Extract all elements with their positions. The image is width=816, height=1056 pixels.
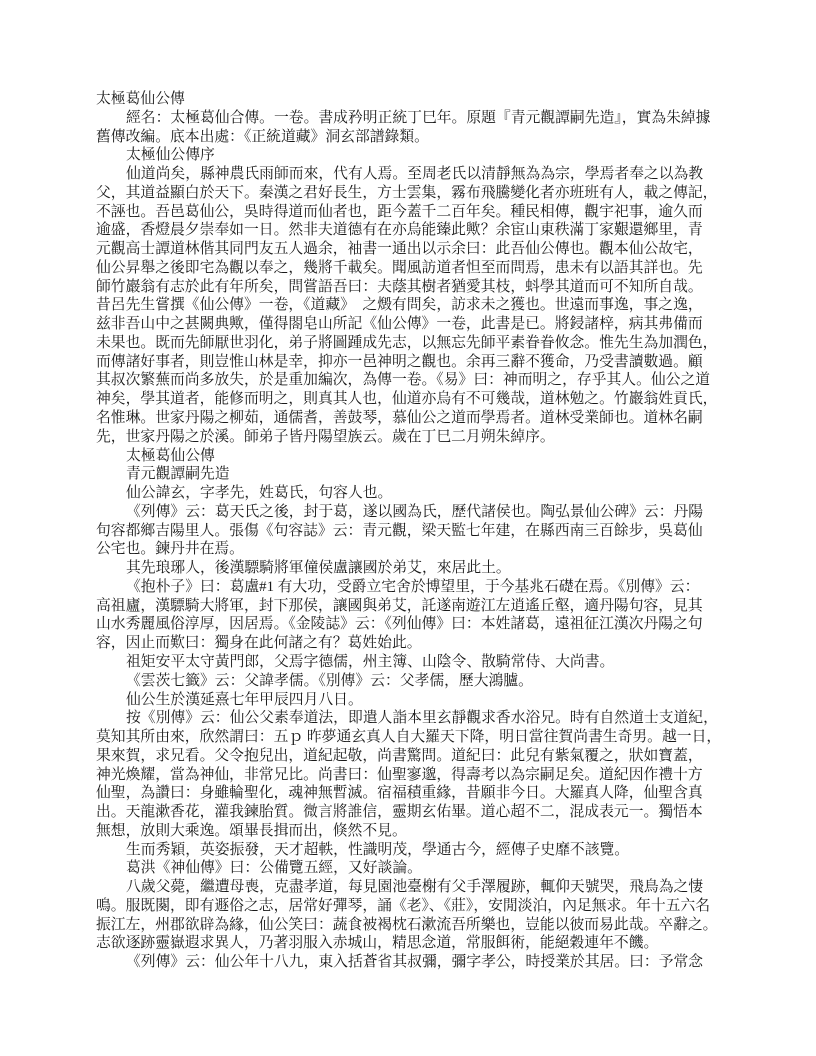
text-line: 公宅也。鍊丹井在焉。 <box>96 540 722 559</box>
text-line: 元觀高士譚道林偕其同門友五人過余，袖書一通出以示余曰：此吾仙公傳也。觀本仙公故宅… <box>96 240 722 259</box>
document-page: 太極葛仙公傳經名：太極葛仙合傳。一卷。書成矜明正統丁巳年。原題『青元觀譚嗣先造』… <box>0 0 816 1056</box>
text-line: 昔呂先生嘗撰《仙公傳》一卷，《道藏》 之燬有問矣，訪求未之獲也。世遠而事逸，事之… <box>96 296 722 315</box>
text-line: 舊傳改編。底本出處：《正統道藏》洞玄部譜錄類。 <box>96 128 722 147</box>
text-line: 《列傳》云：葛天氏之後，封于葛，遂以國為氏，歷代諸侯也。陶弘景仙公碑》云：丹陽 <box>96 503 722 522</box>
text-line: 師竹巖翁有志於此有年所矣，問嘗語吾曰：夫蔭其樹者猶愛其枝，蚪學其道而可不知所自哉… <box>96 278 722 297</box>
text-line: 仙公諱玄，字孝先，姓葛氏，句容人也。 <box>96 484 722 503</box>
text-line: 莫知其所由來，欣然謂曰：五ｐ 昨夢通玄真人自大羅天下降，明日當往賀尚書生奇男。越… <box>96 728 722 747</box>
text-line: 仙聖，為讚曰：身雖輪聖化，魂神無暫滅。宿福積重緣，昔願非今日。大羅真人降，仙聖含… <box>96 784 722 803</box>
text-line: 名惟琳。世家丹陽之柳茹，通儒耆，善鼓琴，慕仙公之道而學焉者。道林受業師也。道林名… <box>96 409 722 428</box>
text-line: 句容都鄉吉陽里人。張傷《句容誌》云：青元觀，梁天監七年建，在縣西南三百餘步，吳葛… <box>96 522 722 541</box>
text-line: 容，因止而歎曰：獨身在此何諸之有？葛姓始此。 <box>96 634 722 653</box>
text-line: 神光煥耀，當為神仙，非常兄比。尚書曰：仙聖寥邈，得壽考以為宗嗣足矣。道紀因作禮十… <box>96 766 722 785</box>
text-line: 不誣也。吾邑葛仙公，吳時得道而仙者也，距今蓋千二百年矣。種民相傳，觀宇祀事，逾久… <box>96 203 722 222</box>
text-line: 八歲父薨，繼遭母喪，克盡孝道，每見園池臺榭有父手澤履跡，輒仰天號哭，飛鳥為之悽 <box>96 878 722 897</box>
text-line: 神矣，學其道者，能修而明之，則真其人也，仙道亦烏有不可幾哉，道林勉之。竹巖翁姓貢… <box>96 390 722 409</box>
text-line: 志欲逐跡靈嶽遐求異人，乃著羽服入赤城山，精思念道，常服餌術，能絕穀連年不饑。 <box>96 934 722 953</box>
text-line: 《列傳》云：仙公年十八九，東入括蒼省其叔彌，彌字孝公，時授業於其居。曰：予常念 <box>96 953 722 972</box>
text-line: 鳴。服既闋，即有遯俗之志，居常好彈琴，誦《老》、《莊》，安閒淡泊，內足無求。年十… <box>96 897 722 916</box>
document-title: 太極葛仙公傳 <box>96 90 722 109</box>
text-line: 《抱朴子》曰：葛盧#1 有大功，受爵立宅舍於博望里，于今基兆石礎在焉。《別傳》云… <box>96 578 722 597</box>
text-line: 按《別傳》云：仙公父素奉道法，即遣人詣本里玄靜觀求香水浴兄。時有自然道士支道紀， <box>96 709 722 728</box>
text-line: 太極葛仙公傳 <box>96 447 722 466</box>
text-line: 出。天龍漱香花，灌我鍊胎質。微言將誰信，靈期玄佑畢。道心超不二，混成表元一。獨悟… <box>96 803 722 822</box>
text-line: 生而秀穎，英姿振發，天才超軼，性識明茂，學通古今，經傳子史靡不該覽。 <box>96 841 722 860</box>
text-line: 仙公昇舉之後即宅為觀以奉之，幾將千載矣。聞風訪道者怛至而問焉，患未有以語其詳也。… <box>96 259 722 278</box>
text-line: 無想，放則大乘逸。頌畢長揖而出，倏然不見。 <box>96 822 722 841</box>
text-line: 經名：太極葛仙合傳。一卷。書成矜明正統丁巳年。原題『青元觀譚嗣先造』，實為朱綽據 <box>96 109 722 128</box>
text-line: 山水秀麗風俗淳厚，因居焉。《金陵誌》云：《列仙傳》曰：本姓諸葛，遠祖征江漢次丹陽… <box>96 615 722 634</box>
text-line: 葛洪《神仙傳》曰：公備覽五經，又好談論。 <box>96 859 722 878</box>
text-line: 其先琅琊人，後漢驃騎將軍僮侯盧讓國於弟艾，來居此土。 <box>96 559 722 578</box>
text-line: 兹非吾山中之甚闕典歟，僅得閤皂山所記《仙公傳》一卷，此書是已。將鋟諸梓，病其弗備… <box>96 315 722 334</box>
text-line: 《雲茨七籤》云：父諱孝儒。《別傳》云：父孝儒，歷大鴻臚。 <box>96 672 722 691</box>
text-line: 果來賀，求兄看。父令抱兒出，道紀起敬，尚書驚問。道紀曰：此兒有紫氣覆之，狀如寶蓋… <box>96 747 722 766</box>
document-body: 太極葛仙公傳經名：太極葛仙合傳。一卷。書成矜明正統丁巳年。原題『青元觀譚嗣先造』… <box>96 90 722 972</box>
text-line: 父，其道益顯白於天下。秦漢之君好長生，方士雲集，霧布飛騰變化者亦班班有人，載之傳… <box>96 184 722 203</box>
text-line: 太極仙公傳序 <box>96 146 722 165</box>
text-line: 未果也。既而先師厭世羽化，弟子將圖踵成先志，以無忘先師平素眷眷攸念。惟先生為加潤… <box>96 334 722 353</box>
text-line: 青元觀譚嗣先造 <box>96 465 722 484</box>
text-line: 逾盛，香燈晨夕崇奉如一日。然非夫道德有在亦烏能臻此歟？余宦山東秩滿丁家艱還鄉里，… <box>96 221 722 240</box>
text-line: 先，世家丹陽之於溪。師弟子皆丹陽望族云。歲在丁巳二月朔朱綽序。 <box>96 428 722 447</box>
text-line: 祖矩安平太守黃門郎，父焉字德儒，州主簿、山陰令、散騎常侍、大尚書。 <box>96 653 722 672</box>
text-line: 高祖廬，漢驃騎大將軍，封下那侯，讓國與弟艾，託遂南遊江左逍遙丘壑，適丹陽句容，見… <box>96 597 722 616</box>
text-line: 振江左，州郡欲辟為緣，仙公笑曰：蔬食被褐枕石漱流吾所樂也，豈能以彼而易此哉。卒辭… <box>96 916 722 935</box>
text-line: 其叔次繁蕪而尚多放失，於是重加編次，為傳一卷。《易》曰：神而明之，存乎其人。仙公… <box>96 371 722 390</box>
text-line: 仙公生於漢延熹七年甲辰四月八日。 <box>96 691 722 710</box>
text-line: 而傳諸好事者，則豈惟山林是幸，抑亦一邑神明之觀也。余再三辭不獲命，乃受書讀數過。… <box>96 353 722 372</box>
text-line: 仙道尚矣，縣神農氏雨師而來，代有人焉。至周老氏以清靜無為為宗，學焉者奉之以為教 <box>96 165 722 184</box>
